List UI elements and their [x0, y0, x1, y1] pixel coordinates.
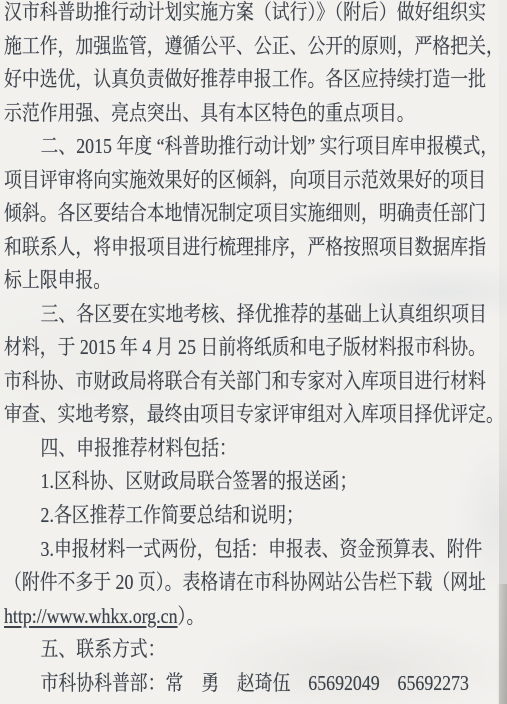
text-line: 市科协、市财政局将联合有关部门和专家对入库项目进行材料 — [4, 365, 432, 399]
text-line: 材料，于 2015 年 4 月 25 日前将纸质和电子版材料报市科协。 — [4, 331, 432, 365]
website-url-suffix: ）。 — [178, 604, 205, 628]
text-line-contacts: 市科协科普部：常 勇 赵琦伍 65692049 65692273 — [4, 667, 432, 701]
text-line: 倾斜。各区要结合本地情况制定项目实施细则，明确责任部门 — [4, 197, 432, 231]
text-line: 标上限申报。 — [4, 264, 432, 298]
text-line-section-2: 二、2015 年度 “科普助推行动计划” 实行项目库申报模式， — [4, 130, 432, 164]
text-line: 项目评审将向实施效果好的区倾斜，向项目示范效果好的项目 — [4, 164, 432, 198]
text-line: 审查、实地考察，最终由项目专家评审组对入库项目择优评定。 — [4, 398, 432, 432]
text-line: 好中选优，认真负责做好推荐申报工作。各区应持续打造一批 — [4, 63, 432, 97]
text-line-section-5: 五、联系方式： — [4, 633, 432, 667]
text-line: 和联系人，将申报项目进行梳理排序，严格按照项目数据库指 — [4, 231, 432, 265]
text-line: （附件不多于 20 页）。表格请在市科协网站公告栏下载（网址 — [4, 566, 432, 600]
text-line-section-4: 四、申报推荐材料包括： — [4, 432, 432, 466]
text-line: 示范作用强、亮点突出、具有本区特色的重点项目。 — [4, 97, 432, 131]
text-line-section-3: 三、各区要在实地考核、择优推荐的基础上认真组织项目 — [4, 298, 432, 332]
text-line-website: http://www.whkx.org.cn）。 — [4, 600, 432, 634]
text-line-item-1: 1.区科协、区财政局联合签署的报送函； — [4, 465, 432, 499]
text-line-item-2: 2.各区推荐工作简要总结和说明； — [4, 499, 432, 533]
document-text-block: 汉市科普助推行动计划实施方案（试行）》（附后）做好组织实 施工作，加强监管，遵循… — [4, 0, 507, 700]
website-url-text: http://www.whkx.org.cn — [4, 604, 178, 628]
scanned-document-page: 汉市科普助推行动计划实施方案（试行）》（附后）做好组织实 施工作，加强监管，遵循… — [0, 0, 507, 704]
text-line: 汉市科普助推行动计划实施方案（试行）》（附后）做好组织实 — [4, 0, 432, 30]
text-line: 施工作，加强监管，遵循公平、公正、公开的原则，严格把关， — [4, 30, 432, 64]
text-line-item-3: 3.申报材料一式两份，包括：申报表、资金预算表、附件 — [4, 533, 432, 567]
